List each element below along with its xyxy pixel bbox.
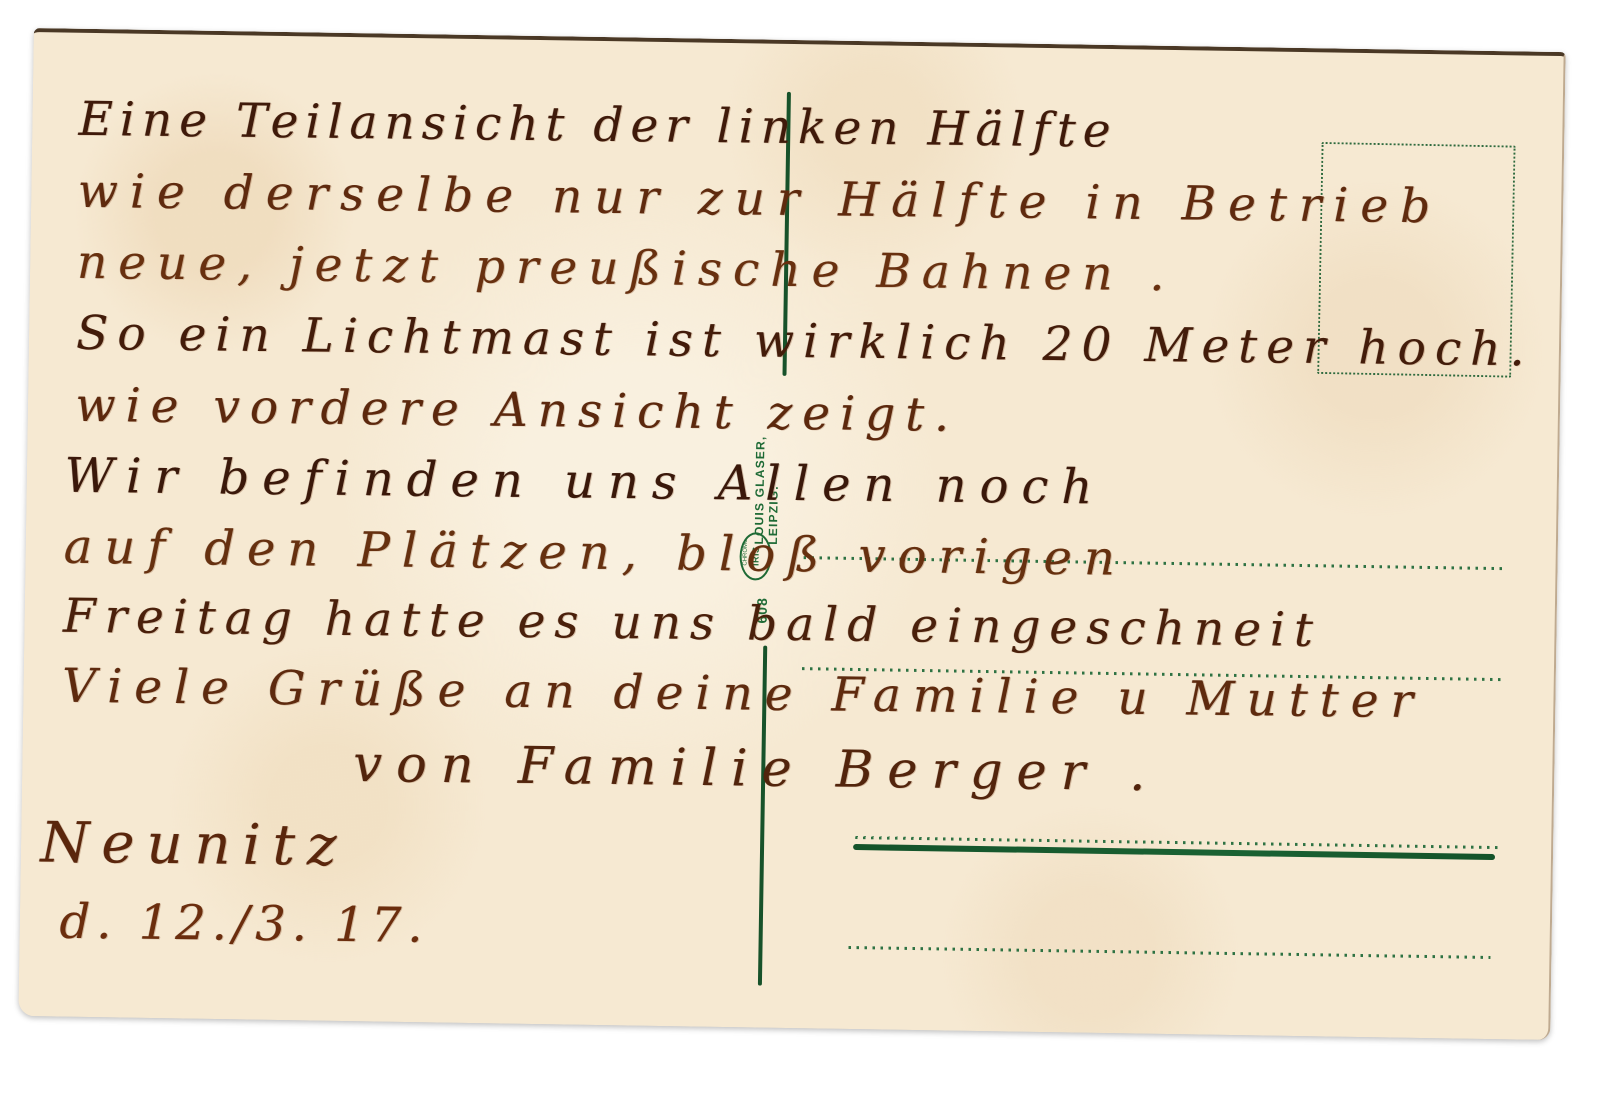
message-line-8: Freitag hatte es uns bald eingeschneit: [63, 593, 1323, 654]
message-line-5: wie vordere Ansicht zeigt.: [75, 382, 959, 439]
date-line: d. 12./3. 17.: [59, 898, 429, 950]
message-line-3: neue, jetzt preußische Bahnen .: [77, 239, 1176, 298]
place-line: Neunitz: [40, 815, 349, 874]
message-line-1: Eine Teilansicht der linken Hälfte: [78, 96, 1118, 155]
message-line-7: auf den Plätzen, bloß vorigen: [64, 523, 1128, 583]
closing-line-1: Viele Grüße an deine Familie u Mutter: [62, 663, 1425, 725]
message-line-4: So ein Lichtmast ist wirklich 20 Meter h…: [76, 310, 1534, 374]
postcard-back: LOUIS GLASER, LEIPZIG. CHROMO IRIS 608 E…: [18, 28, 1565, 1040]
message-line-6: Wir befinden uns Allen noch: [64, 452, 1105, 512]
message-line-2: wie derselbe nur zur Hälfte in Betrieb: [78, 168, 1443, 230]
signature-line: von Familie Berger .: [353, 739, 1160, 799]
handwritten-message: Eine Teilansicht der linken Hälfte wie d…: [20, 35, 1561, 1036]
